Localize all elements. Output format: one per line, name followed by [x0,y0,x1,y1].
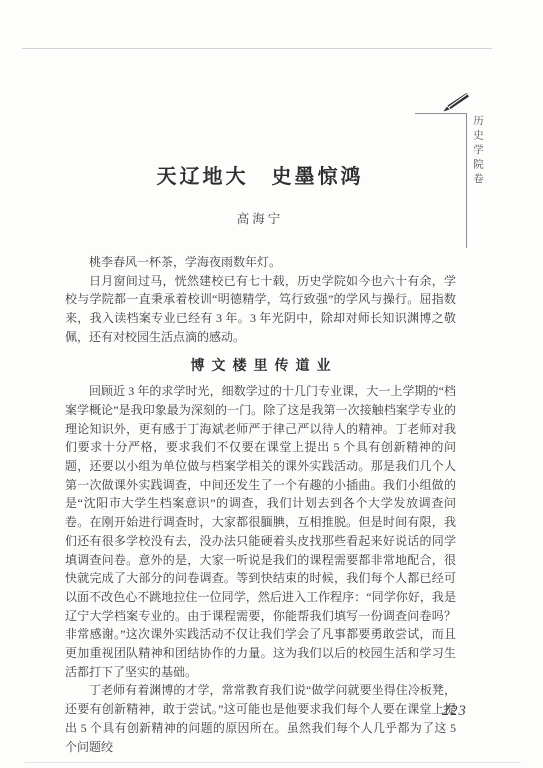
section-heading: 博文楼里传道业 [65,356,456,375]
margin-horizontal-rule [415,113,467,114]
volume-label: 历史学院卷 [471,115,486,188]
page-number: 223 [442,703,478,720]
book-page: 历史学院卷 天辽地大 史墨惊鸿 高海宁 桃李春风一杯茶，学海夜雨数年灯。 日月窗… [0,0,543,768]
article-body: 桃李春风一杯茶，学海夜雨数年灯。 日月窗间过马，恍然建校已有七十载，历史学院如今… [65,253,456,756]
top-rule [22,48,492,49]
article-title: 天辽地大 史墨惊鸿 [65,160,455,189]
pen-icon [441,92,469,114]
section-paragraph-2: 丁老师有着渊博的才学，常常教育我们说“做学问就要坐得住冷板凳，还要有创新精神，敢… [65,681,456,756]
margin-vertical-rule [466,113,467,248]
article-author: 高海宁 [65,209,455,227]
opening-paragraph-1: 桃李春风一杯茶，学海夜雨数年灯。 [65,253,456,272]
section-paragraph-1: 回顾近 3 年的求学时光，细数学过的十几门专业课，大一上学期的“档案学概论”是我… [65,382,456,681]
opening-paragraph-2: 日月窗间过马，恍然建校已有七十载，历史学院如今也六十有余，学校与学院都一直秉承着… [65,272,456,347]
bottom-rule [25,762,521,763]
